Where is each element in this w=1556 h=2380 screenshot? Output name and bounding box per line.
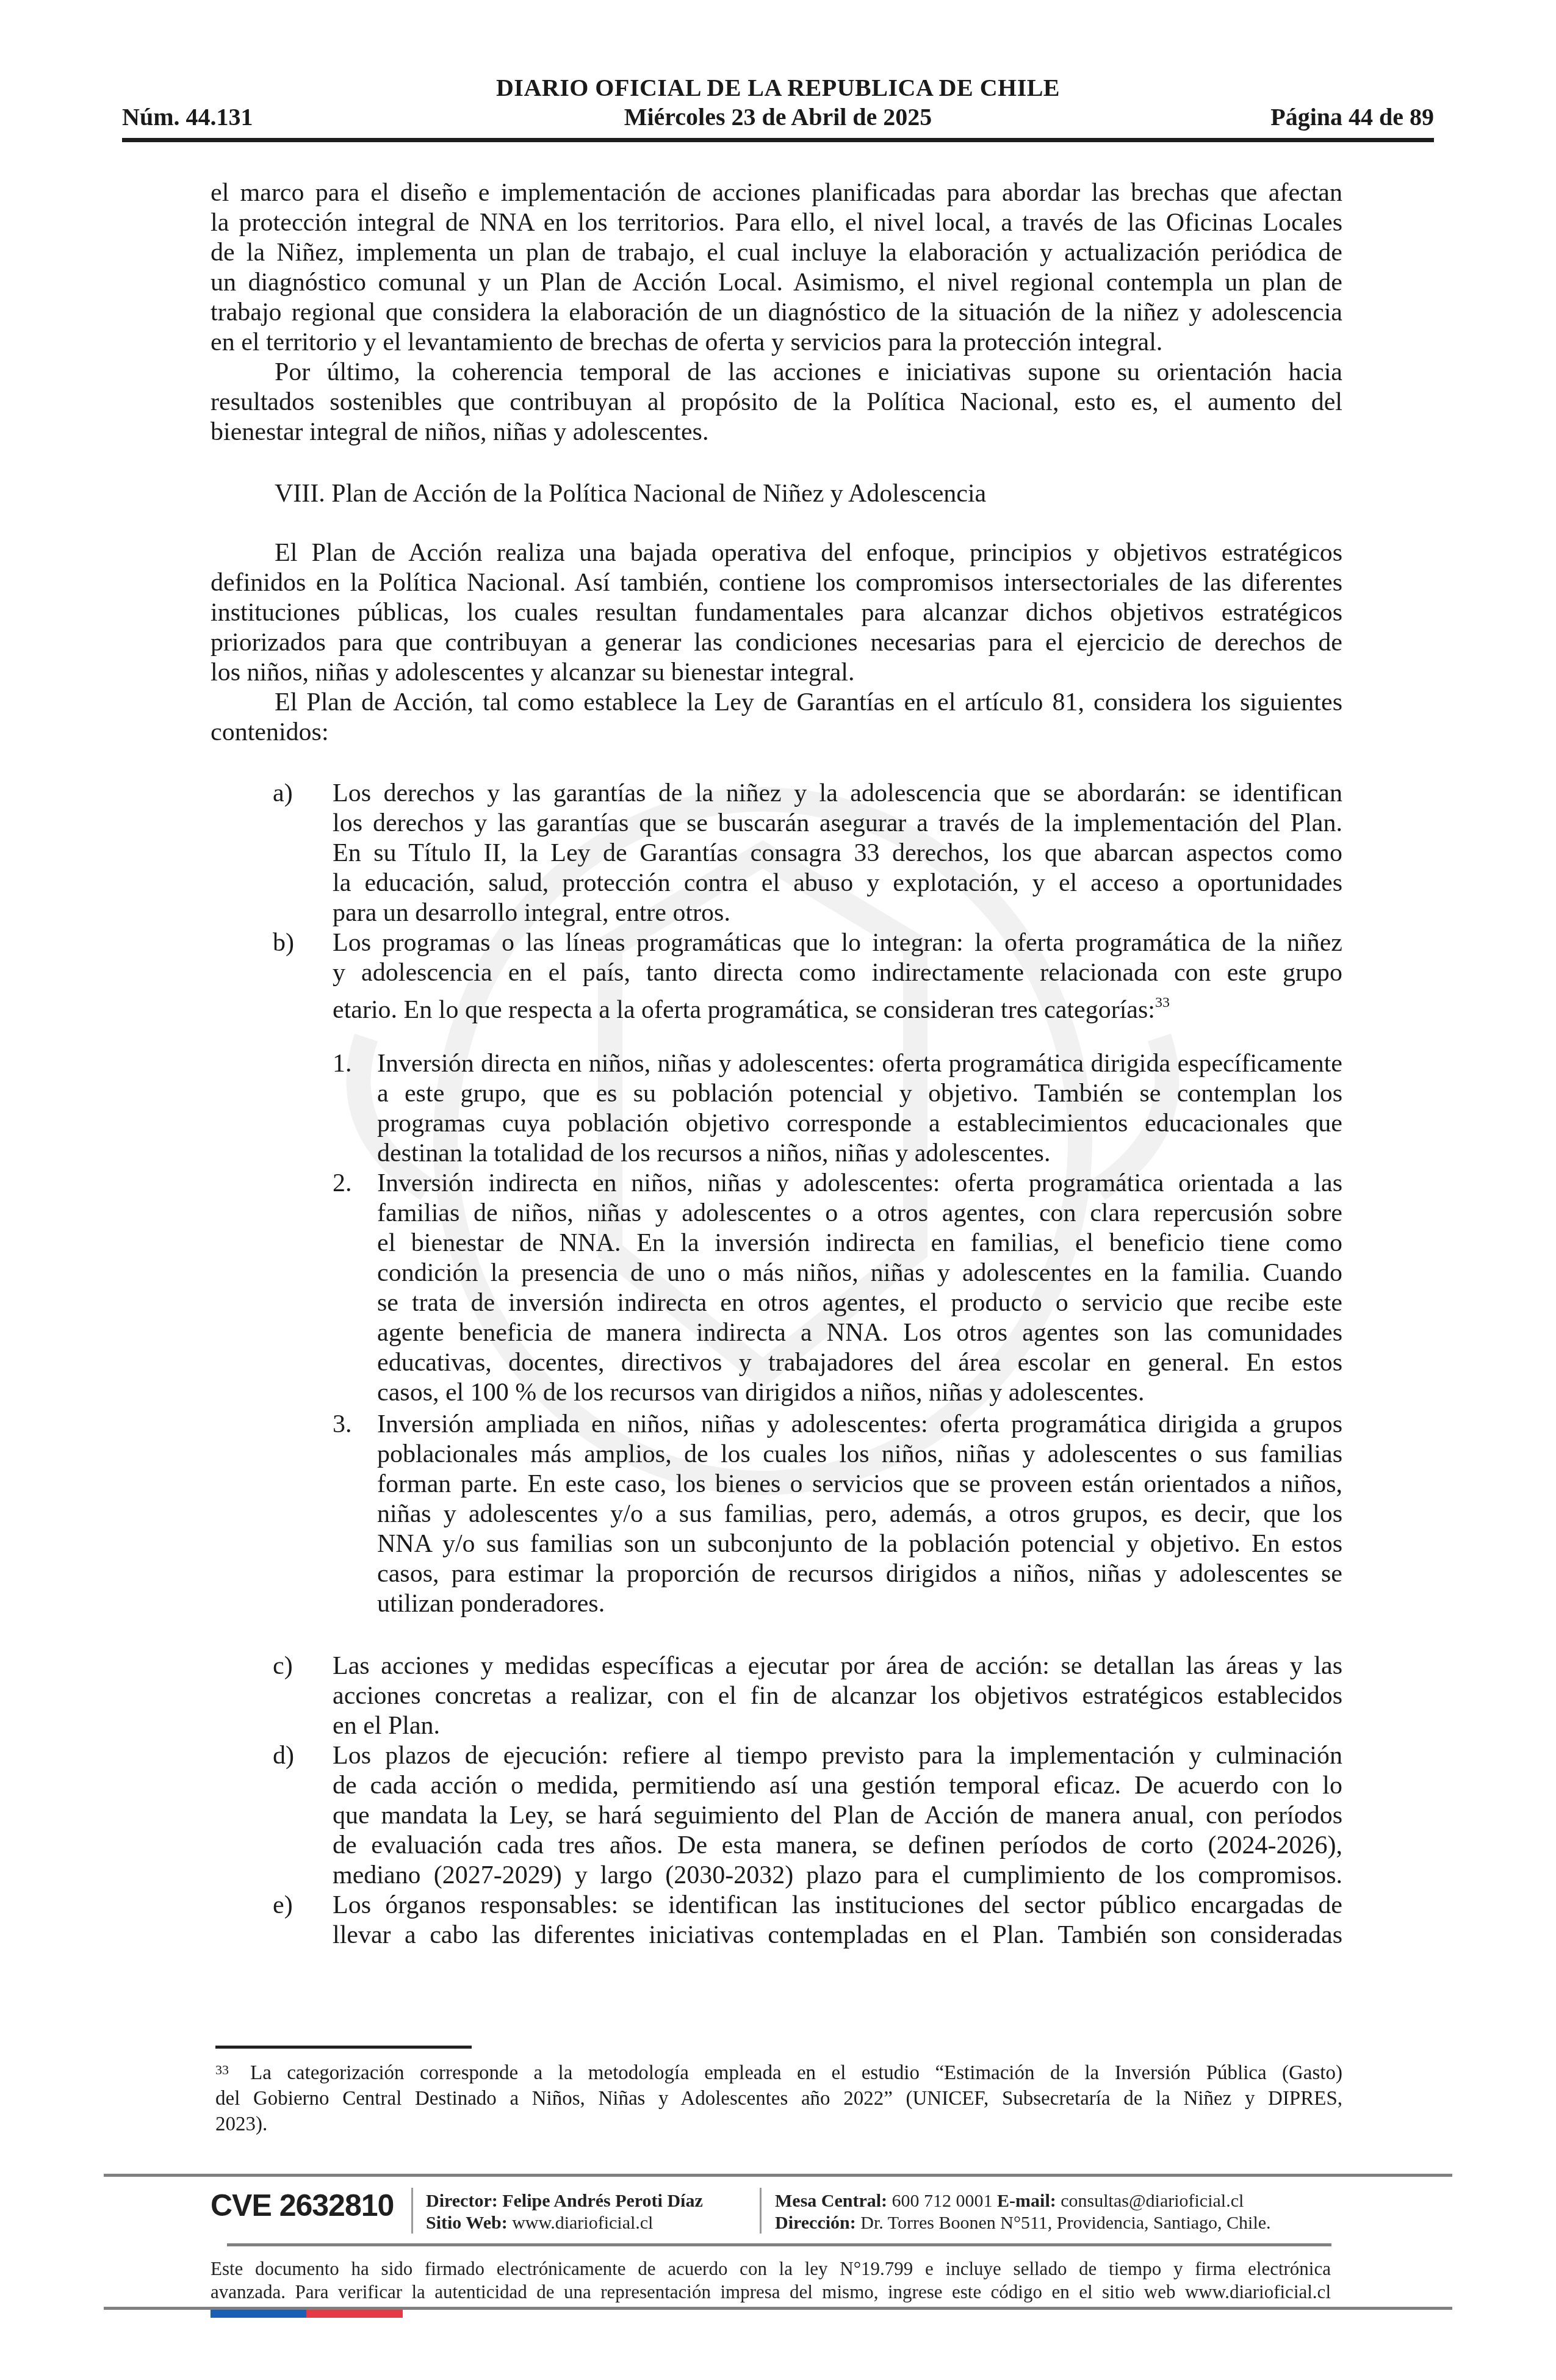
sublist-item-line: poblacionales más amplios, de los cuales… — [377, 1440, 1342, 1469]
sublist-item-line: agente beneficia de manera indirecta a N… — [377, 1318, 1342, 1347]
body-line: un diagnóstico comunal y un Plan de Acci… — [211, 268, 1342, 297]
list-item-line: en el Plan. — [333, 1711, 1342, 1740]
body-line: de la Niñez, implementa un plan de traba… — [211, 238, 1342, 267]
sublist-item-line: destinan la totalidad de los recursos a … — [377, 1139, 1342, 1168]
sublist-item-line: Inversión ampliada en niños, niñas y ado… — [377, 1410, 1342, 1439]
list-item-line: para un desarrollo integral, entre otros… — [333, 898, 1342, 928]
phone-label: Mesa Central: — [775, 2191, 887, 2211]
contact-info: Mesa Central: 600 712 0001 E-mail: consu… — [775, 2191, 1244, 2212]
sublist-item-line: Inversión indirecta en niños, niñas y ad… — [377, 1169, 1342, 1198]
body-line: El Plan de Acción, tal como establece la… — [275, 688, 1342, 717]
director-label: Director: — [426, 2191, 498, 2211]
address-info: Dirección: Dr. Torres Boonen N°511, Prov… — [775, 2213, 1271, 2234]
sublist-item-line: condición la presencia de uno o más niño… — [377, 1258, 1342, 1288]
sublist-item-line: el bienestar de NNA. En la inversión ind… — [377, 1228, 1342, 1258]
sublist-marker: 1. — [333, 1049, 352, 1078]
list-item-line: de evaluación cada tres años. De esta ma… — [333, 1831, 1342, 1860]
sublist-marker: 2. — [333, 1169, 352, 1198]
sublist-item-line: programas cuya población objetivo corres… — [377, 1109, 1342, 1138]
footnote-line: del Gobierno Central Destinado a Niños, … — [215, 2085, 1342, 2112]
newspaper-title: DIARIO OFICIAL DE LA REPUBLICA DE CHILE — [0, 73, 1556, 102]
list-item-line: los derechos y las garantías que se busc… — [333, 809, 1342, 838]
header-rule — [122, 138, 1434, 142]
list-item-text: etario. En lo que respecta a la oferta p… — [333, 996, 1155, 1024]
list-marker: d) — [273, 1741, 294, 1770]
list-item-line: de cada acción o medida, permitiendo así… — [333, 1771, 1342, 1800]
list-item-line: Los derechos y las garantías de la niñez… — [333, 779, 1342, 808]
footer-mid-rule — [227, 2243, 1331, 2246]
footer-separator — [411, 2188, 413, 2234]
director-info: Director: Felipe Andrés Peroti Díaz — [426, 2191, 703, 2212]
list-item-line: la educación, salud, protección contra e… — [333, 868, 1342, 898]
body-line: instituciones públicas, los cuales resul… — [211, 598, 1342, 627]
page-number: Página 44 de 89 — [1270, 103, 1434, 131]
body-line: la protección integral de NNA en los ter… — [211, 208, 1342, 237]
issue-date: Miércoles 23 de Abril de 2025 — [122, 103, 1434, 131]
list-marker: e) — [273, 1891, 293, 1920]
email-link[interactable]: consultas@diarioficial.cl — [1061, 2191, 1244, 2211]
list-item-line: Los órganos responsables: se identifican… — [333, 1891, 1342, 1920]
address-value: Dr. Torres Boonen N°511, Providencia, Sa… — [860, 2213, 1270, 2233]
body-line: El Plan de Acción realiza una bajada ope… — [275, 538, 1342, 568]
body-line: priorizados para que contribuyan a gener… — [211, 628, 1342, 657]
sublist-marker: 3. — [333, 1410, 352, 1439]
website-info: Sitio Web: www.diarioficial.cl — [426, 2213, 653, 2234]
sublist-item-line: casos, para estimar la proporción de rec… — [377, 1559, 1342, 1588]
body-line: resultados sostenibles que contribuyan a… — [211, 388, 1342, 417]
sublist-item-line: casos, el 100 % de los recursos van diri… — [377, 1378, 1342, 1407]
sublist-item-line: utilizan ponderadores. — [377, 1589, 1342, 1618]
list-item-line: y adolescencia en el país, tanto directa… — [333, 958, 1342, 987]
sublist-item-line: Inversión directa en niños, niñas y adol… — [377, 1049, 1342, 1078]
sublist-item-line: niñas y adolescentes y/o a sus familias,… — [377, 1499, 1342, 1529]
list-item-line: Las acciones y medidas específicas a eje… — [333, 1651, 1342, 1681]
footnote-ref[interactable]: 33 — [1155, 995, 1170, 1011]
footer-separator — [760, 2188, 762, 2234]
footnote-line: La categorización corresponde a la metod… — [250, 2060, 1342, 2086]
list-marker: b) — [273, 928, 294, 957]
footnote-rule — [215, 2046, 472, 2049]
sublist-item-line: familias de niños, niñas y adolescentes … — [377, 1199, 1342, 1228]
website-link[interactable]: www.diarioficial.cl — [512, 2213, 653, 2233]
flag-stripe-red — [306, 2310, 403, 2318]
list-marker: a) — [273, 779, 293, 808]
body-line: el marco para el diseño e implementación… — [211, 178, 1342, 207]
list-marker: c) — [273, 1651, 293, 1681]
cve-code: CVE 2632810 — [211, 2188, 394, 2223]
list-item-line: que mandata la Ley, se hará seguimiento … — [333, 1801, 1342, 1830]
sublist-item-line: a este grupo, que es su población potenc… — [377, 1079, 1342, 1108]
footnote-number: 33 — [215, 2057, 229, 2083]
list-item-line: acciones concretas a realizar, con el fi… — [333, 1681, 1342, 1711]
section-heading: VIII. Plan de Acción de la Política Naci… — [275, 479, 1190, 508]
flag-stripe-blue — [211, 2310, 306, 2318]
footer-top-rule — [104, 2174, 1452, 2177]
website-label: Sitio Web: — [426, 2213, 508, 2233]
body-line: Por último, la coherencia temporal de la… — [275, 358, 1342, 387]
sublist-item-line: NNA y/o sus familias son un subconjunto … — [377, 1529, 1342, 1559]
body-line: en el territorio y el levantamiento de b… — [211, 328, 1342, 357]
list-item-line: etario. En lo que respecta a la oferta p… — [333, 988, 1342, 1017]
list-item-line: En su Título II, la Ley de Garantías con… — [333, 838, 1342, 868]
footnote-line: 2023). — [215, 2111, 1342, 2138]
address-label: Dirección: — [775, 2213, 856, 2233]
sublist-item-line: se trata de inversión indirecta en otros… — [377, 1288, 1342, 1318]
body-line: contenidos: — [211, 718, 1342, 747]
sublist-item-line: forman parte. En este caso, los bienes o… — [377, 1469, 1342, 1499]
legal-notice-line: Este documento ha sido firmado electróni… — [211, 2258, 1331, 2280]
body-line: definidos en la Política Nacional. Así t… — [211, 568, 1342, 597]
body-line: bienestar integral de niños, niñas y ado… — [211, 417, 1342, 447]
body-line: trabajo regional que considera la elabor… — [211, 298, 1342, 327]
director-name: Felipe Andrés Peroti Díaz — [502, 2191, 703, 2211]
list-item-line: mediano (2027-2029) y largo (2030-2032) … — [333, 1861, 1342, 1890]
body-line: los niños, niñas y adolescentes y alcanz… — [211, 658, 1342, 687]
sublist-item-line: educativas, docentes, directivos y traba… — [377, 1348, 1342, 1377]
email-label: E-mail: — [997, 2191, 1056, 2211]
list-item-line: llevar a cabo las diferentes iniciativas… — [333, 1920, 1342, 1950]
list-item-line: Los plazos de ejecución: refiere al tiem… — [333, 1741, 1342, 1770]
phone-value: 600 712 0001 — [892, 2191, 993, 2211]
legal-notice-line: avanzada. Para verificar la autenticidad… — [211, 2281, 1331, 2303]
list-item-line: Los programas o las líneas programáticas… — [333, 928, 1342, 957]
